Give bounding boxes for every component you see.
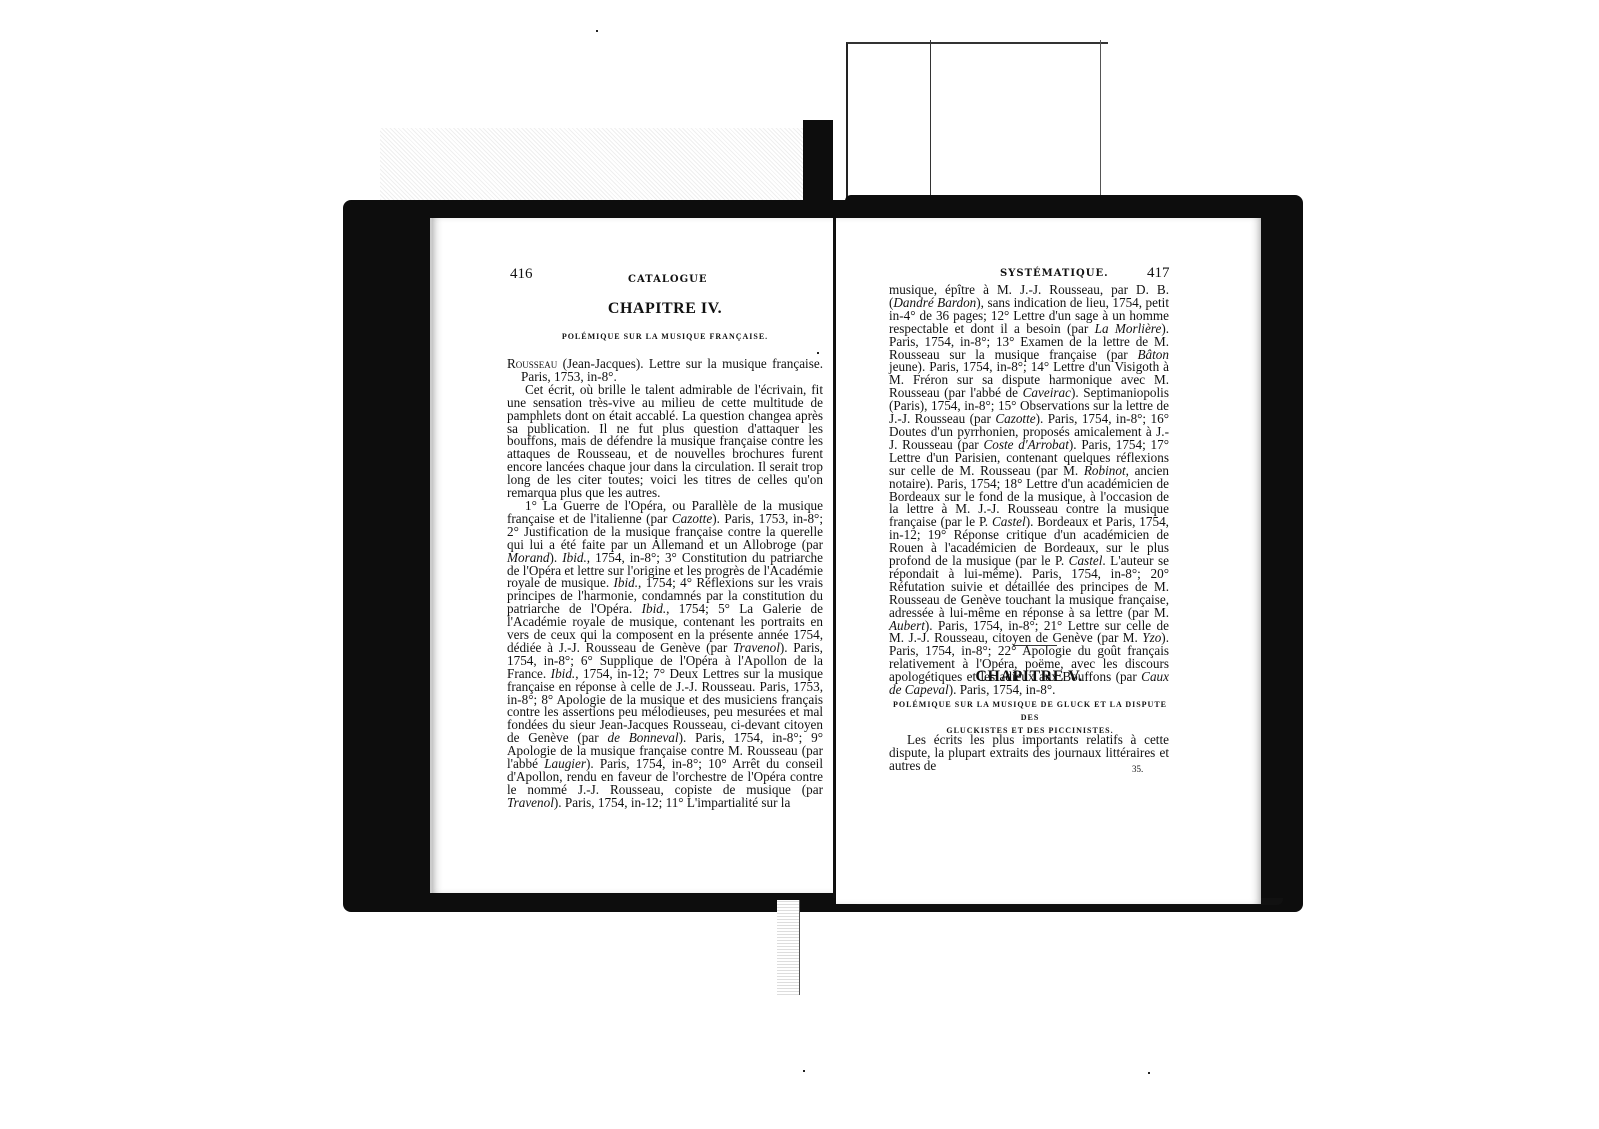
left-page-body: Rousseau (Jean-Jacques). Lettre sur la m…: [507, 358, 823, 810]
italic-name: de Bonneval: [607, 730, 678, 745]
italic-name: Dandré Bardon: [893, 295, 976, 310]
book-flap: [846, 42, 1108, 204]
italic-name: Robinot: [1084, 463, 1126, 478]
scan-speck: [803, 1070, 805, 1072]
italic-name: Cazotte: [995, 411, 1035, 426]
flap-edge: [930, 40, 931, 205]
italic-name: Ibid.: [642, 601, 667, 616]
italic-name: Ibid.: [551, 666, 576, 681]
paragraph: Cet écrit, où brille le talent admirable…: [507, 384, 823, 500]
scan-noise: [380, 128, 810, 208]
italic-name: Bâton: [1137, 347, 1169, 362]
italic-name: Ibid.: [562, 550, 587, 565]
book-gutter: [833, 218, 835, 898]
signature-mark: 35.: [1132, 764, 1143, 774]
italic-name: Morand: [507, 550, 550, 565]
chapter-title-v: CHAPITRE V.: [889, 668, 1169, 686]
page-number-left: 416: [510, 266, 533, 283]
italic-name: La Morlière: [1095, 321, 1162, 336]
italic-name: Travenol: [733, 640, 780, 655]
italic-name: Ibid.: [614, 575, 639, 590]
entry-heading: Rousseau (Jean-Jacques). Lettre sur la m…: [507, 358, 823, 384]
flap-edge: [1100, 40, 1101, 205]
publication-list: 1° La Guerre de l'Opéra, ou Parallèle de…: [507, 500, 823, 810]
italic-name: Castel: [1069, 553, 1103, 568]
italic-name: Castel: [992, 514, 1026, 529]
chapter-v-body: Les écrits les plus importants relatifs …: [889, 734, 1169, 773]
bookmark-ribbon: [777, 900, 800, 995]
scan-speck: [596, 30, 598, 32]
page-number-right: 417: [1147, 265, 1170, 282]
section-divider: [1013, 645, 1057, 646]
italic-name: Coste d'Arrobat: [983, 437, 1068, 452]
paragraph: Les écrits les plus importants relatifs …: [889, 734, 1169, 773]
italic-name: Aubert: [889, 618, 925, 633]
scan-speck: [817, 352, 819, 354]
italic-name: Cazotte: [672, 511, 712, 526]
chapter-subtitle-iv: POLÉMIQUE SUR LA MUSIQUE FRANÇAISE.: [505, 330, 825, 343]
right-page-body: musique, épître à M. J.-J. Rousseau, par…: [889, 284, 1169, 697]
italic-name: Yzo: [1142, 630, 1161, 645]
running-head-left: CATALOGUE: [628, 274, 707, 285]
chapter-title-iv: CHAPITRE IV.: [505, 300, 825, 318]
italic-name: Travenol: [507, 795, 554, 810]
running-head-right: SYSTÉMATIQUE.: [1000, 268, 1109, 279]
italic-name: Laugier: [544, 756, 586, 771]
scan-speck: [1148, 1072, 1150, 1074]
publication-list-continued: musique, épître à M. J.-J. Rousseau, par…: [889, 284, 1169, 697]
italic-name: Caveirac: [1023, 385, 1071, 400]
